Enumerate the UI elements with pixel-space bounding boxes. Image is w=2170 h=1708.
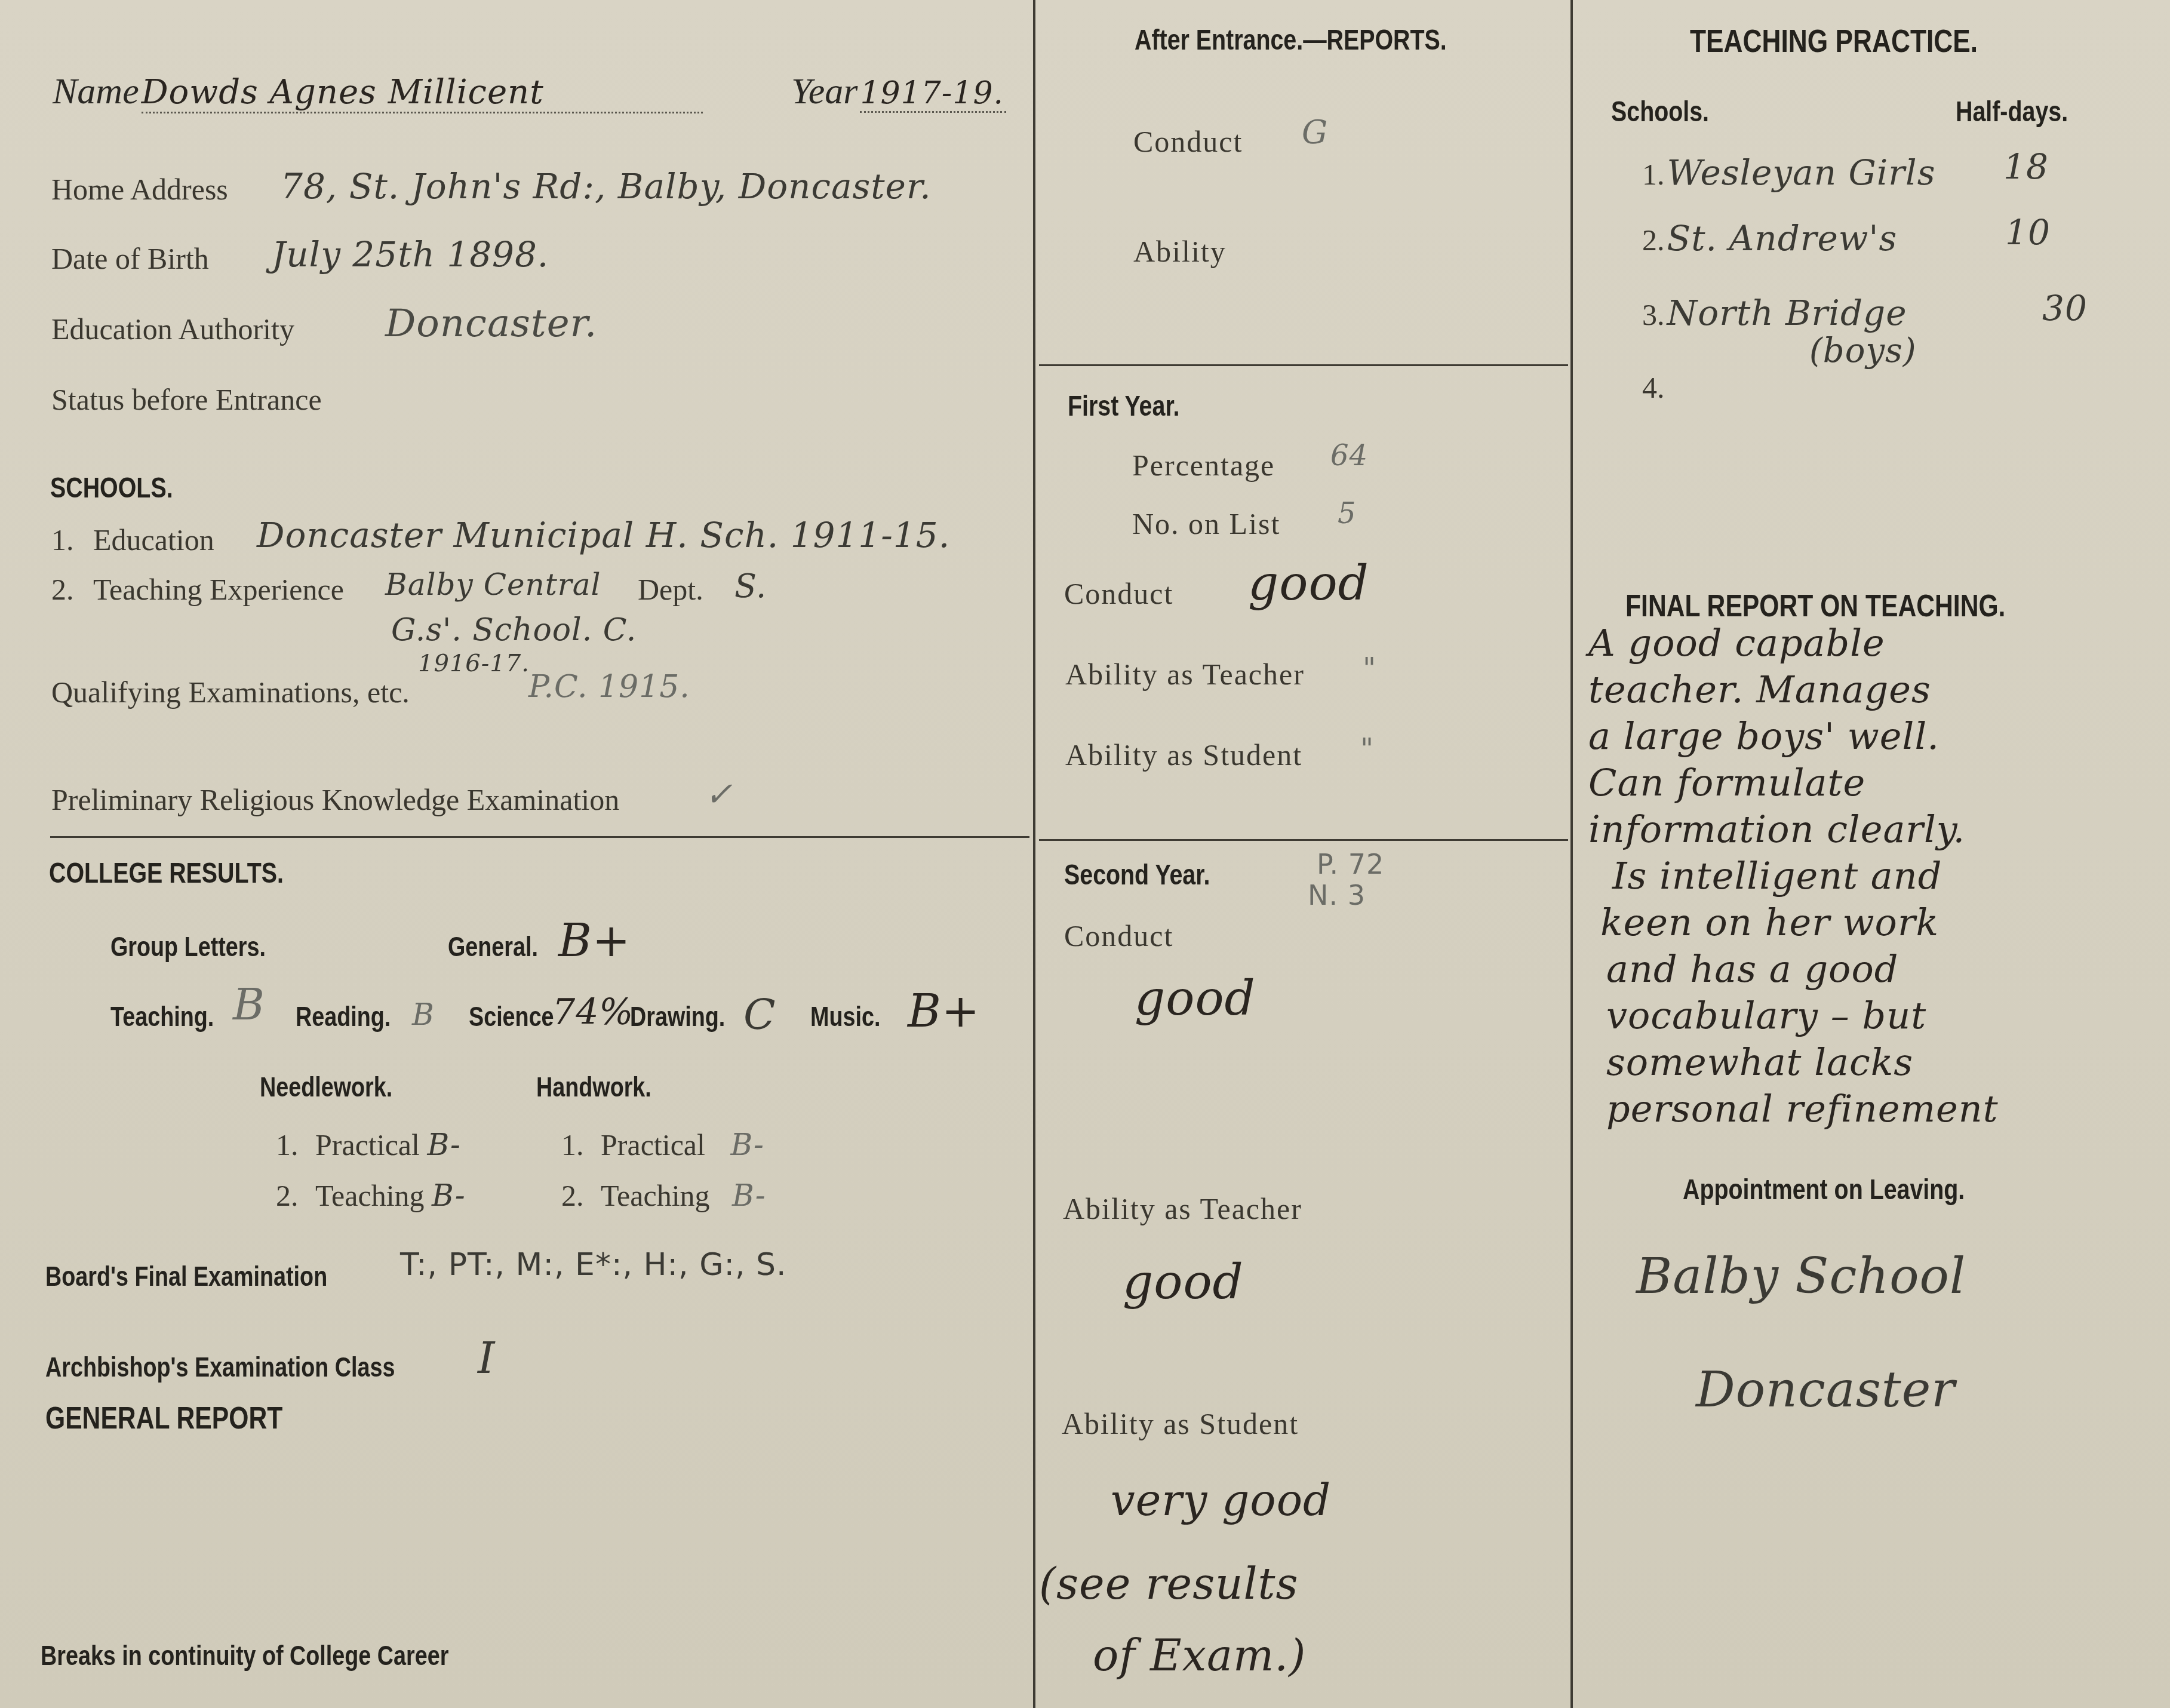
dob-label: Date of Birth — [51, 241, 209, 276]
teaching-practice-heading: TEACHING PRACTICE. — [1690, 23, 1978, 60]
boards-final-label: Board's Final Examination — [45, 1260, 327, 1292]
handwork-teaching-num: 2. — [561, 1179, 584, 1212]
breaks-continuity-label: Breaks in continuity of College Career — [41, 1639, 448, 1672]
needlework-practical-label: Practical — [315, 1128, 420, 1162]
teaching-practice-row: 2. St. Andrew's — [1642, 218, 1897, 259]
dept-value: S. — [734, 567, 767, 605]
row-half-days: 10 — [2005, 212, 2051, 253]
education-label: Education — [93, 523, 214, 557]
second-year-ability-teacher-value: good — [1123, 1254, 1244, 1310]
final-report-line: keen on her work — [1600, 901, 1939, 944]
column-divider-1 — [1033, 0, 1035, 1708]
home-address-value: 78, St. John's Rd:, Balby, Doncaster. — [281, 166, 932, 207]
reports-divider-1 — [1039, 364, 1568, 366]
teaching-practice-row: 3. North Bridge — [1642, 293, 1907, 333]
education-num: 1. — [51, 523, 74, 557]
column-divider-2 — [1570, 0, 1573, 1708]
science-label: Science — [469, 1000, 554, 1033]
year-row: Year 1917-19. — [791, 70, 1006, 113]
second-year-no-on-list-value: N. 3 — [1308, 879, 1366, 911]
group-letters-label: Group Letters. — [110, 930, 266, 963]
name-label: Name — [53, 71, 139, 112]
drawing-label: Drawing. — [630, 1000, 725, 1033]
teaching-practice-row: 4. — [1642, 370, 1665, 405]
name-value: Dowds Agnes Millicent — [142, 73, 703, 113]
education-value: Doncaster Municipal H. Sch. 1911-15. — [257, 515, 950, 555]
row-half-days: 18 — [2003, 146, 2049, 187]
row-school: Wesleyan Girls — [1667, 152, 1936, 193]
prelim-religious-check-icon: ✓ — [705, 775, 733, 814]
teaching-experience-label: Teaching Experience — [93, 573, 344, 606]
first-year-percentage-value: 64 — [1330, 439, 1368, 472]
schools-column-label: Schools. — [1611, 96, 1709, 128]
second-year-ability-student-label: Ability as Student — [1062, 1406, 1299, 1441]
year-value: 1917-19. — [860, 75, 1006, 113]
status-before-entrance-label: Status before Entrance — [51, 382, 322, 417]
prelim-religious-label: Preliminary Religious Knowledge Examinat… — [51, 782, 619, 817]
second-year-ability-student-value-line3: of Exam.) — [1093, 1630, 1306, 1681]
teaching-experience-row: 2. Teaching Experience — [51, 572, 344, 607]
final-report-line: A good capable — [1588, 621, 1885, 665]
general-report-label: GENERAL REPORT — [45, 1400, 282, 1436]
appointment-value-line2: Doncaster — [1696, 1362, 1956, 1418]
education-authority-label: Education Authority — [51, 312, 294, 346]
entrance-ability-label: Ability — [1133, 234, 1227, 269]
qualifying-examinations-value: P.C. 1915. — [528, 669, 690, 705]
first-year-no-on-list-label: No. on List — [1132, 506, 1280, 541]
final-report-line: Can formulate — [1588, 761, 1865, 804]
student-record-card: Name Dowds Agnes Millicent Year 1917-19.… — [0, 0, 2170, 1708]
second-year-conduct-value: good — [1135, 970, 1256, 1026]
first-year-conduct-value: good — [1248, 555, 1369, 611]
second-year-conduct-label: Conduct — [1064, 918, 1173, 953]
drawing-value: C — [743, 990, 776, 1039]
music-label: Music. — [810, 1000, 880, 1033]
teaching-experience-value-line1: Balby Central — [385, 567, 601, 602]
first-year-ability-student-value: " — [1360, 733, 1374, 766]
reading-label: Reading. — [296, 1000, 391, 1033]
entrance-conduct-value: G — [1302, 113, 1328, 151]
needlework-label: Needlework. — [260, 1071, 392, 1103]
left-section-divider — [50, 836, 1029, 838]
second-year-heading: Second Year. — [1064, 859, 1210, 892]
archbishop-label: Archbishop's Examination Class — [45, 1351, 395, 1383]
first-year-ability-teacher-value: " — [1363, 652, 1376, 686]
science-value: 74% — [552, 991, 634, 1033]
row-note: (boys) — [1809, 331, 1917, 370]
music-value: B+ — [908, 984, 981, 1037]
year-label: Year — [791, 71, 857, 112]
teaching-experience-value-line2: G.s'. School. C. — [391, 612, 637, 648]
handwork-label: Handwork. — [536, 1071, 651, 1103]
first-year-ability-student-label: Ability as Student — [1065, 738, 1302, 772]
needlework-practical-num: 1. — [276, 1128, 299, 1162]
first-year-no-on-list-value: 5 — [1338, 497, 1357, 530]
row-num: 3. — [1642, 298, 1665, 331]
education-authority-value: Doncaster. — [385, 302, 597, 346]
college-results-heading: COLLEGE RESULTS. — [49, 857, 284, 890]
final-report-line: teacher. Manages — [1588, 668, 1931, 711]
final-report-heading: FINAL REPORT ON TEACHING. — [1625, 588, 2005, 624]
first-year-percentage-label: Percentage — [1132, 448, 1275, 483]
reports-divider-2 — [1039, 839, 1568, 841]
second-year-ability-teacher-label: Ability as Teacher — [1063, 1191, 1302, 1226]
general-label: General. — [448, 930, 538, 963]
needlework-practical-value: B- — [427, 1128, 461, 1162]
needlework-practical-row: 1. Practical B- — [276, 1128, 461, 1162]
handwork-teaching-row: 2. Teaching B- — [561, 1178, 766, 1213]
row-half-days: 30 — [2042, 288, 2088, 328]
needlework-teaching-row: 2. Teaching B- — [276, 1178, 466, 1213]
teaching-practice-row: 1. Wesleyan Girls — [1642, 152, 1935, 193]
final-report-line: information clearly. — [1588, 807, 1965, 851]
final-report-line: a large boys' well. — [1588, 714, 1940, 758]
home-address-label: Home Address — [51, 172, 228, 207]
handwork-practical-value: B- — [730, 1128, 764, 1162]
second-year-ability-student-value-line1: very good — [1111, 1475, 1331, 1525]
reading-value: B — [412, 997, 435, 1032]
second-year-percentage-value: P. 72 — [1317, 848, 1384, 880]
education-row: 1. Education — [51, 523, 214, 557]
entrance-conduct-label: Conduct — [1133, 124, 1243, 159]
final-report-line: Is intelligent and — [1612, 854, 1942, 898]
handwork-practical-label: Practical — [601, 1128, 705, 1162]
half-days-column-label: Half-days. — [1956, 96, 2068, 128]
row-num: 1. — [1642, 158, 1665, 191]
teaching-experience-num: 2. — [51, 573, 74, 606]
row-num: 2. — [1642, 223, 1665, 257]
handwork-teaching-value: B- — [732, 1178, 766, 1213]
teaching-experience-value-line3: 1916-17. — [418, 650, 530, 677]
first-year-heading: First Year. — [1068, 390, 1179, 423]
row-school: St. Andrew's — [1667, 218, 1898, 259]
qualifying-examinations-label: Qualifying Examinations, etc. — [51, 675, 410, 709]
archbishop-value: I — [478, 1333, 495, 1383]
appointment-heading: Appointment on Leaving. — [1683, 1174, 1965, 1206]
handwork-teaching-label: Teaching — [601, 1179, 710, 1212]
dob-value: July 25th 1898. — [272, 234, 549, 275]
dept-label: Dept. — [638, 572, 703, 607]
handwork-practical-num: 1. — [561, 1128, 584, 1162]
teaching-label: Teaching. — [110, 1000, 214, 1033]
schools-heading: SCHOOLS. — [50, 472, 173, 505]
needlework-teaching-value: B- — [432, 1178, 466, 1213]
second-year-ability-student-value-line2: (see results — [1039, 1559, 1298, 1609]
appointment-value-line1: Balby School — [1636, 1248, 1966, 1305]
first-year-ability-teacher-label: Ability as Teacher — [1065, 657, 1305, 692]
final-report-line: vocabulary – but — [1606, 994, 1926, 1037]
teaching-value: B — [233, 979, 265, 1030]
row-school: North Bridge — [1667, 293, 1907, 333]
reports-heading: After Entrance.—REPORTS. — [1135, 24, 1447, 57]
final-report-line: somewhat lacks — [1606, 1040, 1913, 1084]
needlework-teaching-num: 2. — [276, 1179, 299, 1212]
first-year-conduct-label: Conduct — [1064, 576, 1173, 611]
needlework-teaching-label: Teaching — [315, 1179, 425, 1212]
boards-final-value: T:, PT:, M:, E*:, H:, G:, S. — [400, 1247, 787, 1283]
general-value: B+ — [558, 914, 631, 967]
row-num: 4. — [1642, 371, 1665, 404]
final-report-line: and has a good — [1606, 947, 1898, 991]
handwork-practical-row: 1. Practical B- — [561, 1128, 764, 1162]
name-row: Name Dowds Agnes Millicent — [53, 70, 703, 113]
final-report-line: personal refinement — [1606, 1087, 1999, 1131]
